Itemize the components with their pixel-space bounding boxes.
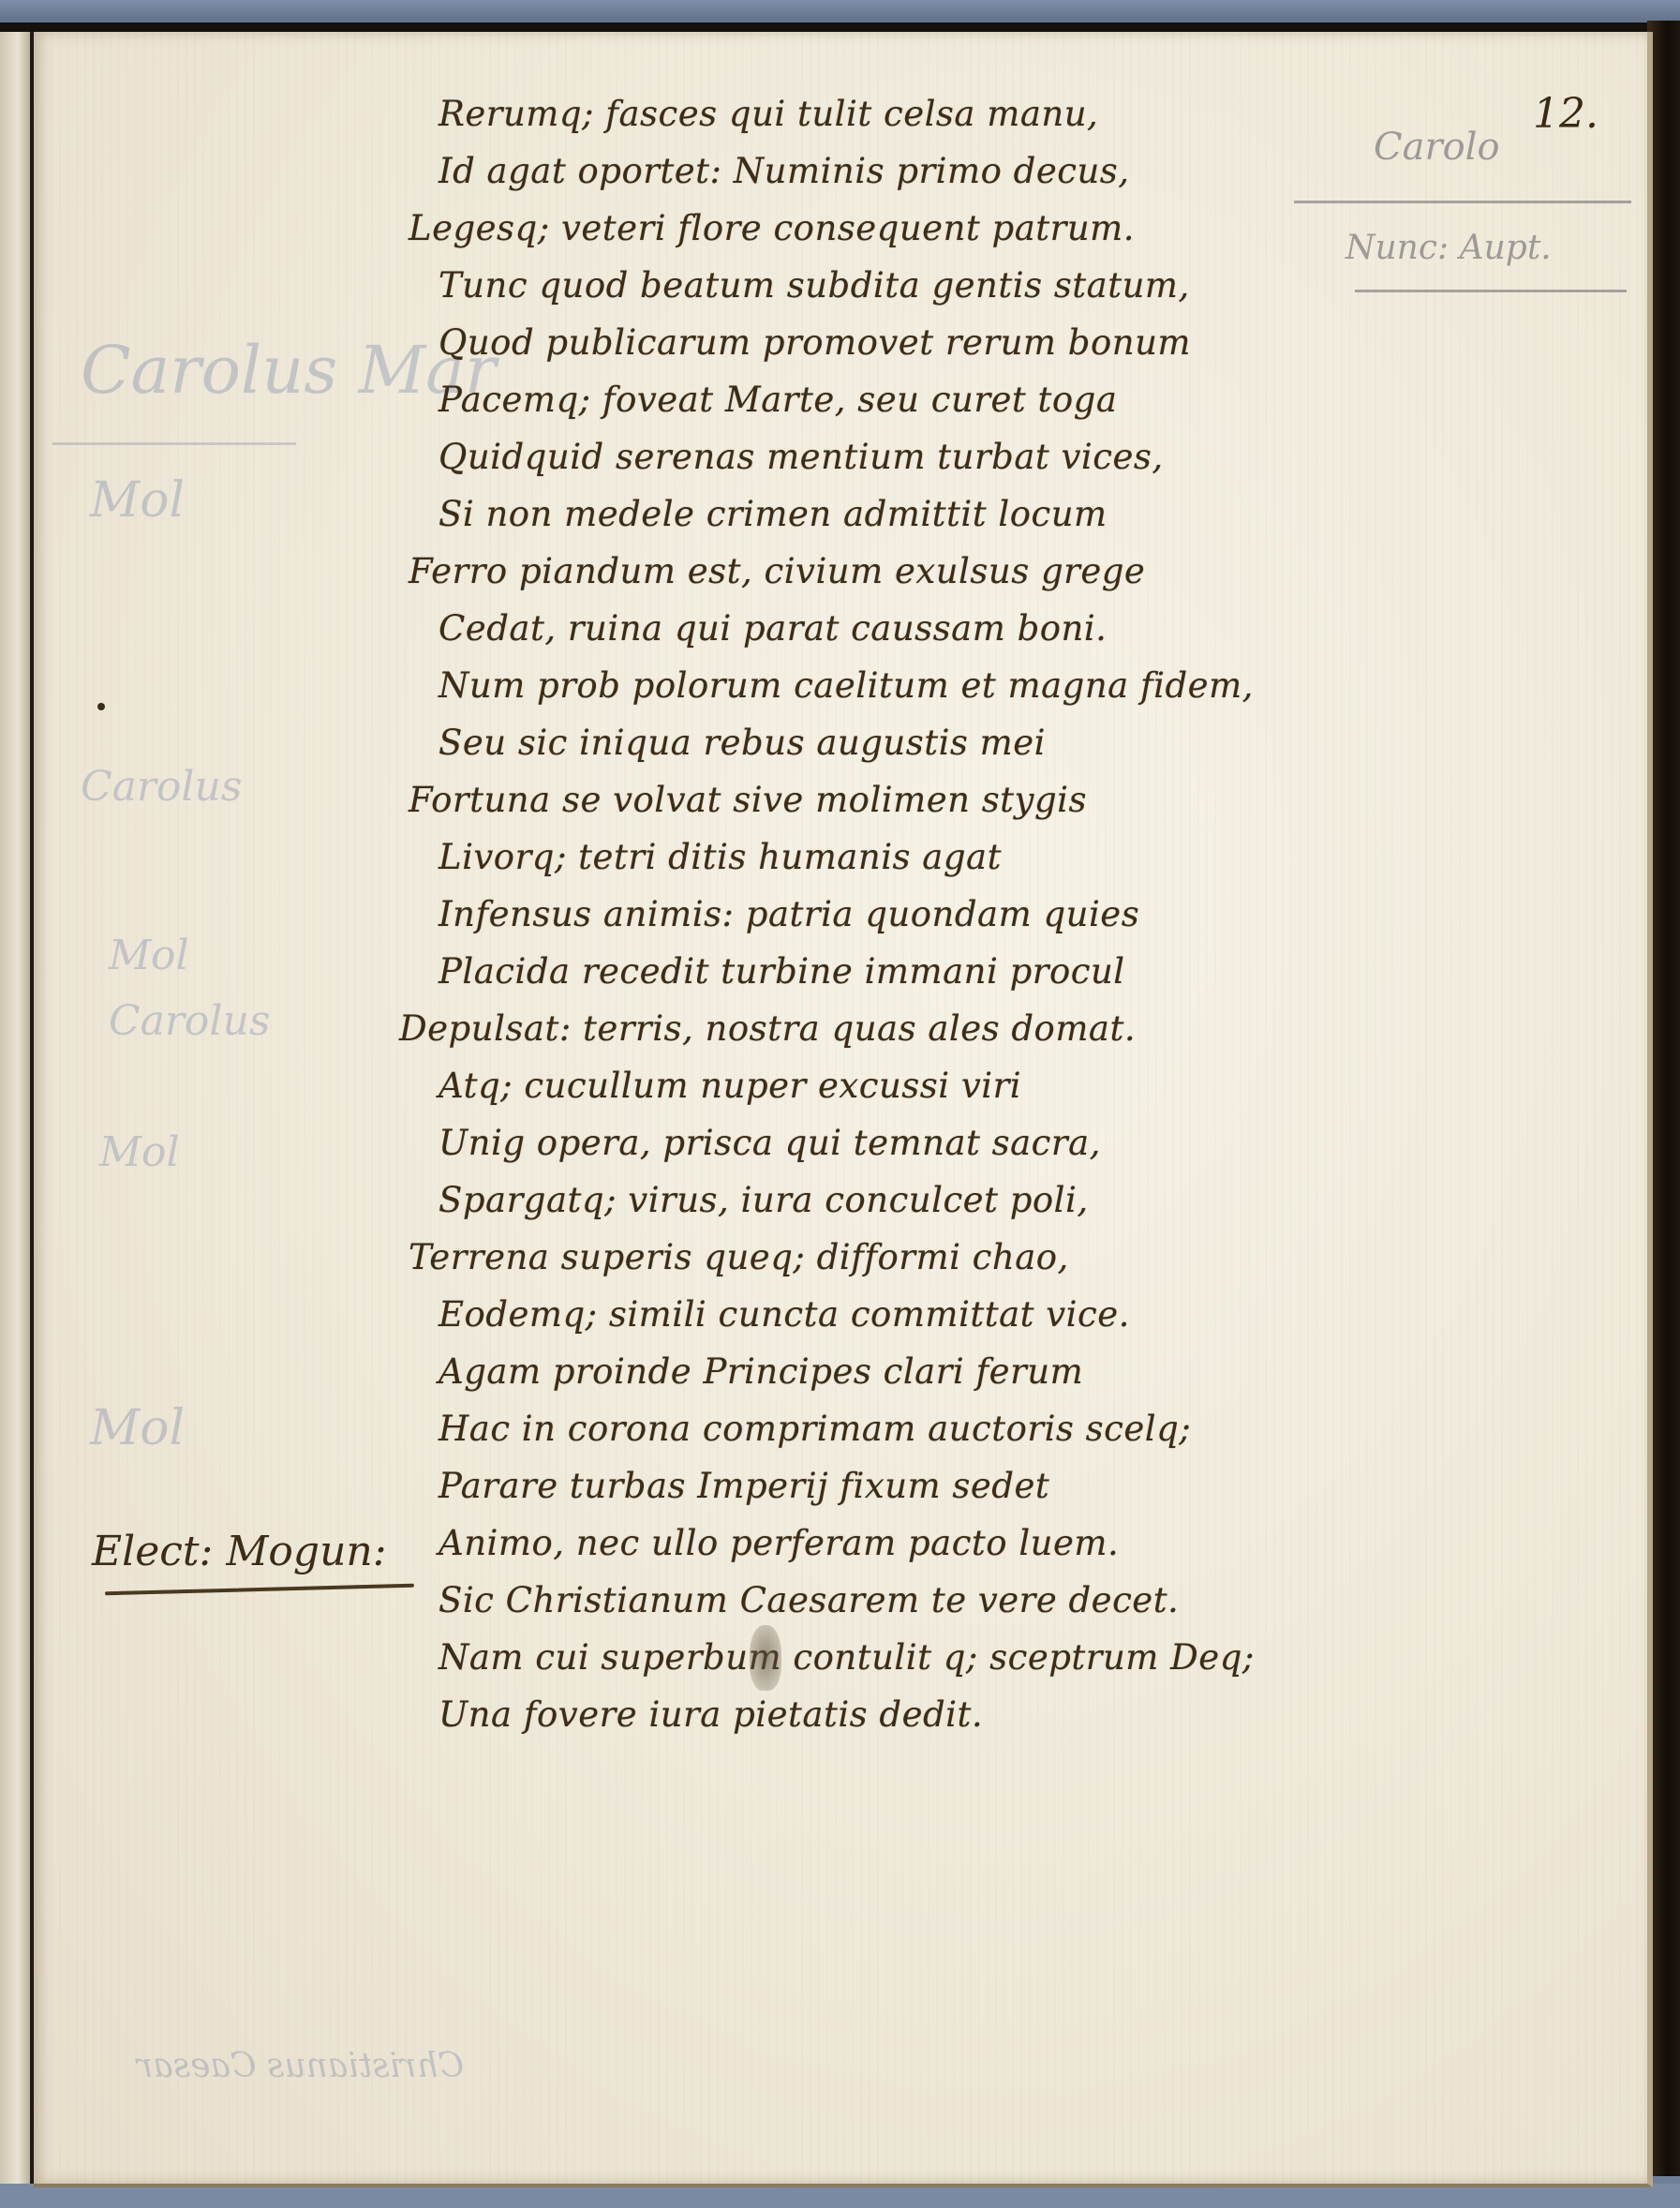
verse-line: Rerumq; fasces qui tulit celsa manu, <box>439 94 1098 134</box>
ghost-text: Carolus <box>109 997 270 1045</box>
verse-line: Quidquid serenas mentium turbat vices, <box>439 437 1164 477</box>
speaker-underline <box>105 1584 414 1596</box>
verse-line: Parare turbas Imperij fixum sedet <box>439 1466 1049 1506</box>
ghost-text: Mol <box>109 932 189 979</box>
verse-line: Eodemq; simili cuncta committat vice. <box>439 1294 1130 1335</box>
pencil-rule <box>1355 290 1627 292</box>
verse-line: Terrena superis queq; difformi chao, <box>409 1237 1069 1277</box>
verse-line: Placida recedit turbine immani procul <box>439 951 1125 992</box>
verse-line: Pacemq; foveat Marte, seu curet toga <box>439 380 1117 420</box>
verse-line: Fortuna se volvat sive molimen stygis <box>409 780 1087 820</box>
ghost-text-mirrored: Christianus Caesar <box>137 2047 464 2085</box>
verse-line: Quod publicarum promovet rerum bonum <box>439 322 1191 363</box>
verse-line: Si non medele crimen admittit locum <box>439 494 1108 534</box>
verse-line: Id agat oportet: Numinis primo decus, <box>439 151 1130 191</box>
verse-line: Livorq; tetri ditis humanis agat <box>439 837 1002 877</box>
verse-line: Ferro piandum est, civium exulsus grege <box>409 551 1145 591</box>
ink-dot <box>97 703 105 710</box>
manuscript-page: Carolus Mar Mol Carolus Mol Carolus Mol … <box>34 32 1653 2187</box>
verse-line: Animo, nec ullo perferam pacto luem. <box>439 1523 1119 1563</box>
verse-line: Hac in corona comprimam auctoris scelq; <box>439 1409 1191 1449</box>
verse-line: Una fovere iura pietatis dedit. <box>439 1694 983 1735</box>
verse-line: Atq; cucullum nuper excussi viri <box>439 1066 1021 1106</box>
verse-line: Unig opera, prisca qui temnat sacra, <box>439 1123 1101 1163</box>
ghost-rule <box>52 442 296 445</box>
ghost-text: Carolus <box>81 763 242 811</box>
verse-line: Tunc quod beatum subdita gentis statum, <box>439 265 1190 306</box>
ink-stain <box>750 1625 781 1691</box>
verse-line: Sic Christianum Caesarem te vere decet. <box>439 1580 1179 1620</box>
pencil-annotation-heading: Carolo <box>1374 126 1500 169</box>
speaker-label: Elect: Mogun: <box>92 1528 387 1575</box>
verse-line: Agam proinde Principes clari ferum <box>439 1351 1083 1392</box>
verse-line: Num prob polorum caelitum et magna fidem… <box>439 665 1254 706</box>
previous-leaf-edge <box>0 32 34 2187</box>
verse-line: Depulsat: terris, nostra quas ales domat… <box>399 1008 1136 1049</box>
ghost-text: Mol <box>99 1128 180 1176</box>
pencil-annotation-subheading: Nunc: Aupt. <box>1345 229 1552 267</box>
ghost-text: Carolus Mar <box>81 332 496 409</box>
verse-line: Infensus animis: patria quondam quies <box>439 894 1139 934</box>
verse-line: Legesq; veteri flore consequent patrum. <box>409 208 1135 248</box>
verse-line: Spargatq; virus, iura conculcet poli, <box>439 1180 1089 1220</box>
ghost-text: Mol <box>90 1400 185 1456</box>
verse-line: Nam cui superbum contulit q; sceptrum De… <box>439 1637 1255 1678</box>
ghost-text: Mol <box>90 472 185 529</box>
pencil-rule <box>1294 201 1631 203</box>
verse-line: Cedat, ruina qui parat caussam boni. <box>439 608 1107 649</box>
verse-line: Seu sic iniqua rebus augustis mei <box>439 723 1046 763</box>
folio-number: 12. <box>1533 90 1598 138</box>
